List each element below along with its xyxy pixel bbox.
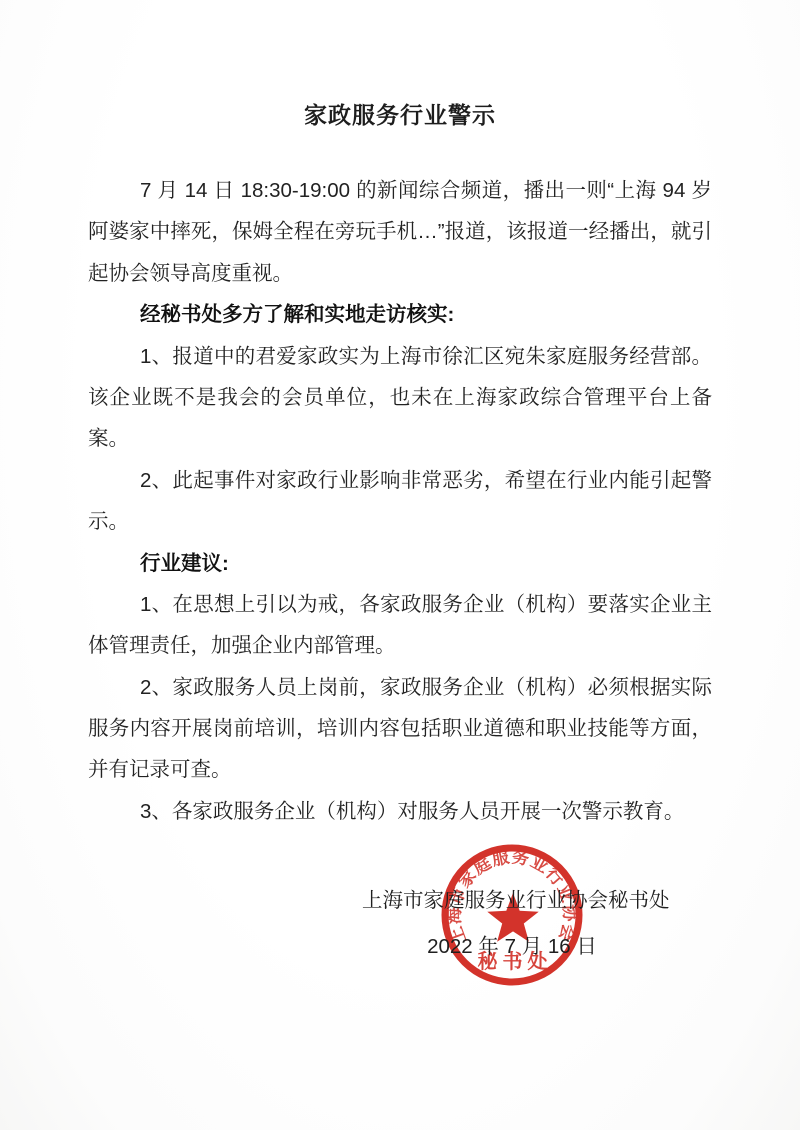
body-line: 1、在思想上引以为戒，各家政服务企业（机构）要落实企业主 bbox=[88, 584, 712, 625]
body-line: 示。 bbox=[88, 501, 712, 542]
document-page: 家政服务行业警示 7 月 14 日 18:30-19:00 的新闻综合频道，播出… bbox=[0, 0, 800, 1130]
document-title: 家政服务行业警示 bbox=[0, 0, 800, 130]
body-line: 案。 bbox=[88, 418, 712, 459]
document-body: 7 月 14 日 18:30-19:00 的新闻综合频道，播出一则“上海 94 … bbox=[88, 170, 712, 832]
body-line: 2、家政服务人员上岗前，家政服务企业（机构）必须根据实际 bbox=[88, 667, 712, 708]
body-line: 阿婆家中摔死，保姆全程在旁玩手机…”报道，该报道一经播出，就引 bbox=[88, 211, 712, 252]
body-line: 并有记录可查。 bbox=[88, 749, 712, 790]
body-line: 2、此起事件对家政行业影响非常恶劣，希望在行业内能引起警 bbox=[88, 460, 712, 501]
body-line: 起协会领导高度重视。 bbox=[88, 253, 712, 294]
signature-block: 上海市家庭服务业行业协会秘书处 2022 年 7 月 16 日 bbox=[362, 878, 662, 970]
signature-organization: 上海市家庭服务业行业协会秘书处 bbox=[362, 878, 662, 924]
body-line: 服务内容开展岗前培训，培训内容包括职业道德和职业技能等方面， bbox=[88, 708, 712, 749]
body-line: 3、各家政服务企业（机构）对服务人员开展一次警示教育。 bbox=[88, 791, 712, 832]
body-heading-suggestions: 行业建议: bbox=[88, 543, 712, 584]
body-line: 1、报道中的君爱家政实为上海市徐汇区宛朱家庭服务经营部。 bbox=[88, 336, 712, 377]
body-heading-verification: 经秘书处多方了解和实地走访核实: bbox=[88, 294, 712, 335]
body-line: 该企业既不是我会的会员单位，也未在上海家政综合管理平台上备 bbox=[88, 377, 712, 418]
body-line: 7 月 14 日 18:30-19:00 的新闻综合频道，播出一则“上海 94 … bbox=[88, 170, 712, 211]
body-line: 体管理责任，加强企业内部管理。 bbox=[88, 625, 712, 666]
signature-date: 2022 年 7 月 16 日 bbox=[362, 924, 662, 970]
